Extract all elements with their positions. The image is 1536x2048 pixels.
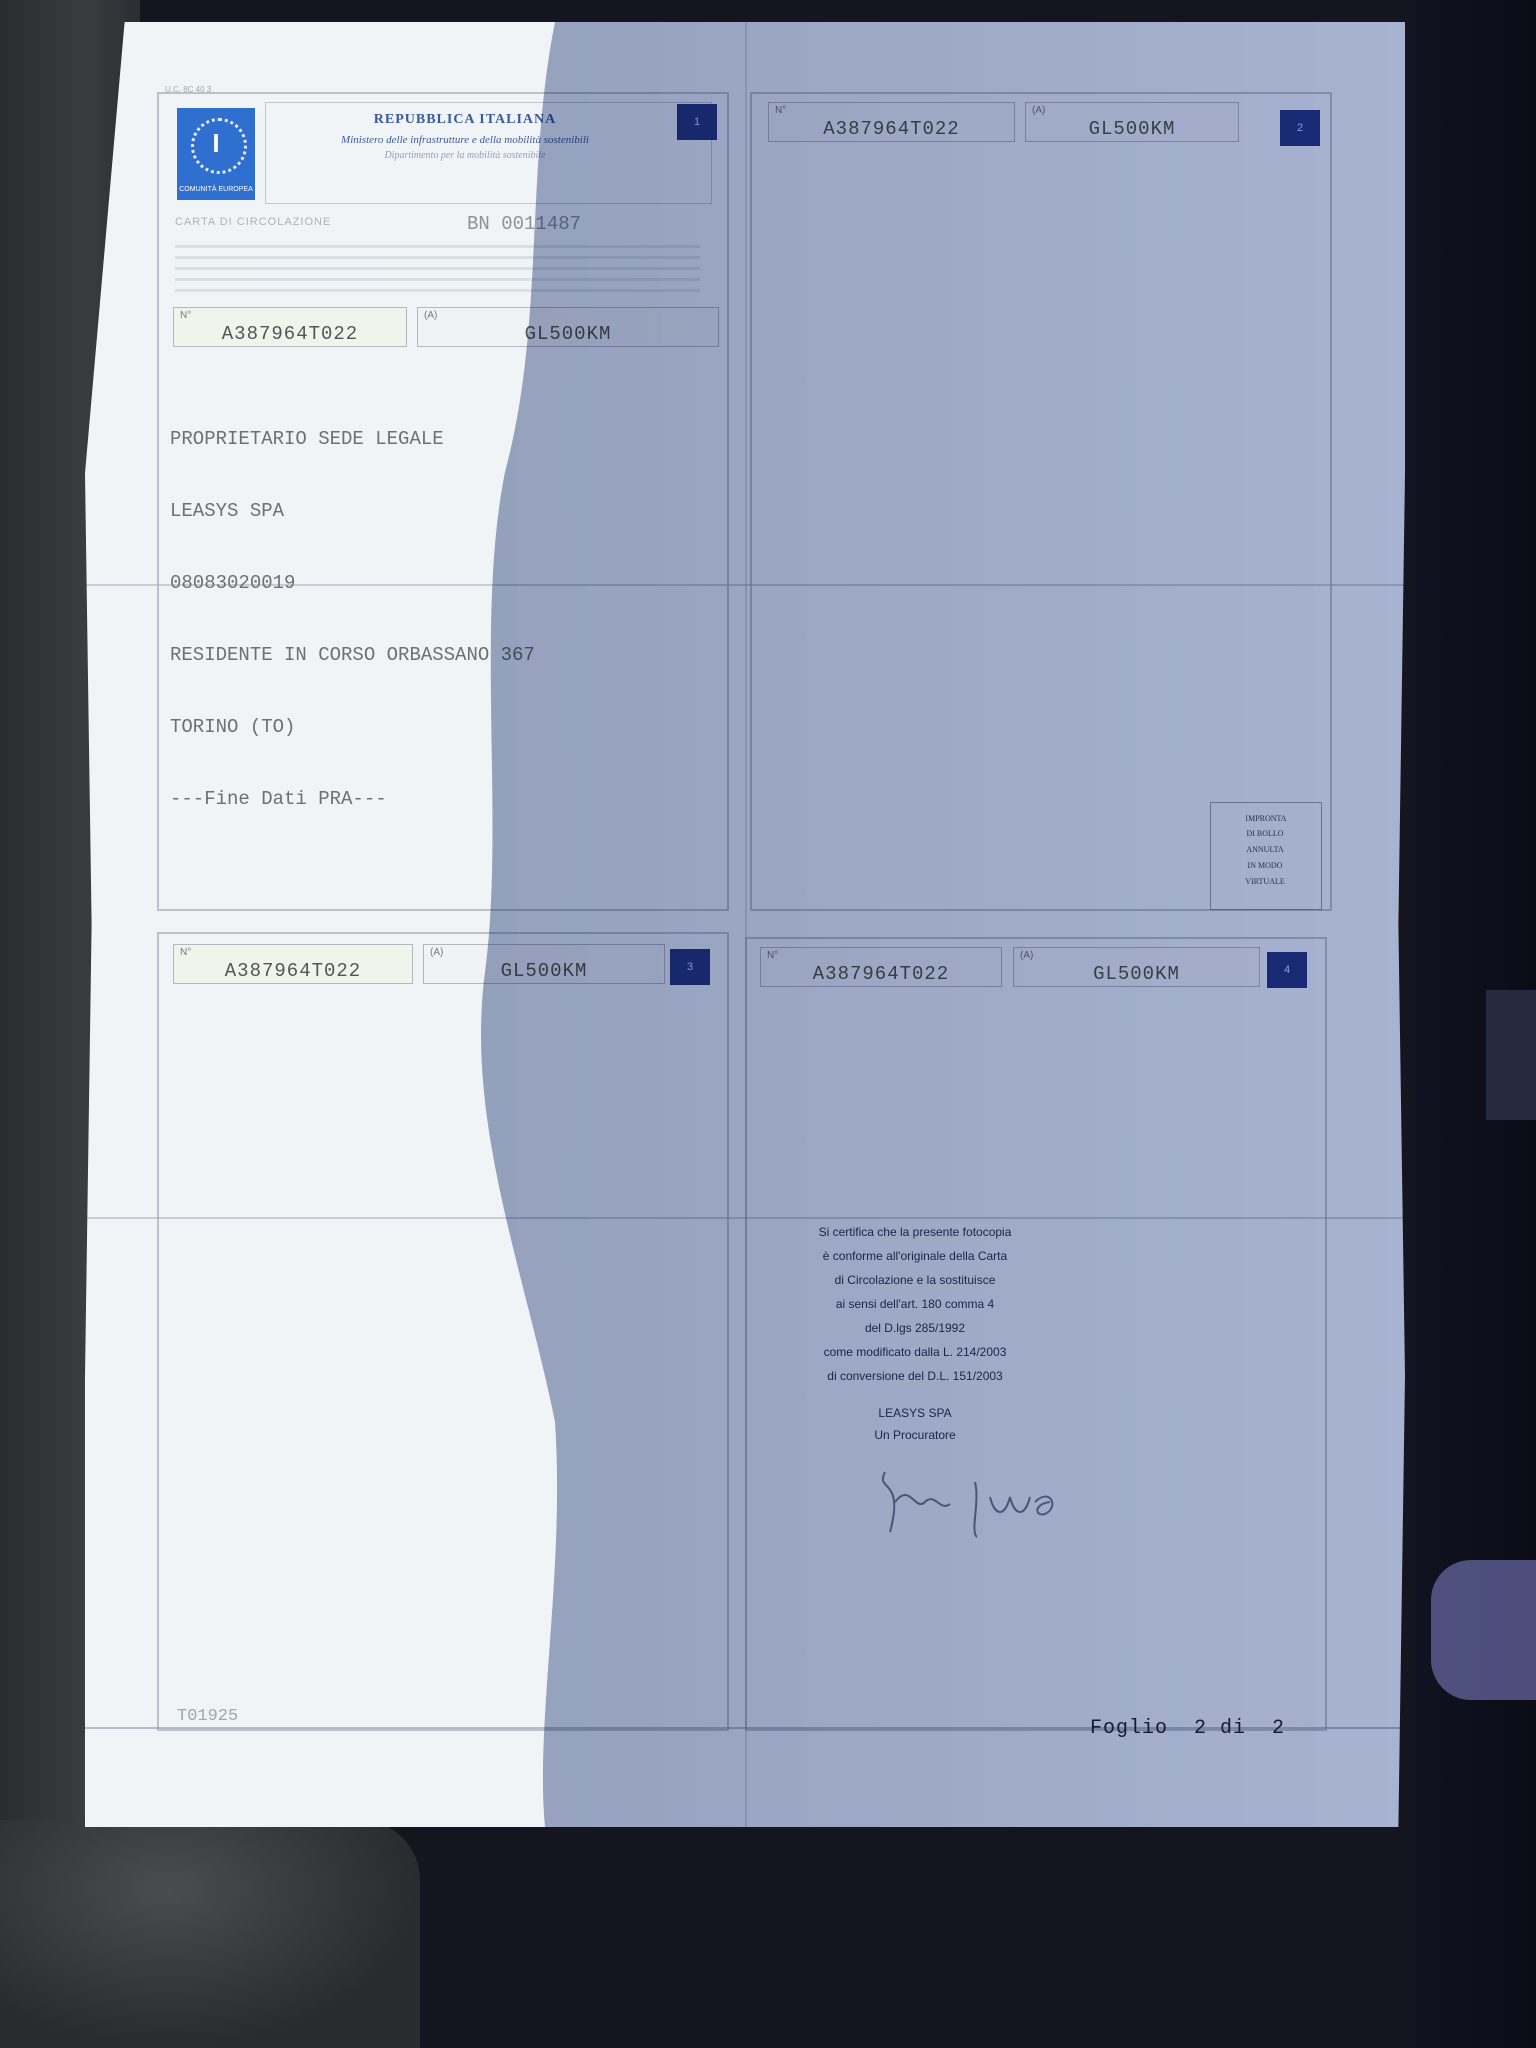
plate-field: (A) GL500KM [423, 944, 665, 984]
car-interior-detail [1486, 990, 1536, 1120]
plate-field: (A) GL500KM [1013, 947, 1260, 987]
car-interior-handle [1431, 1560, 1536, 1700]
footer-code: T01925 [177, 1707, 238, 1726]
signer-company: LEASYS SPA [825, 1402, 1005, 1424]
certification-text: Si certifica che la presente fotocopia è… [725, 1220, 1105, 1388]
department-name: Dipartimento per la mobilità sostenibile [265, 150, 665, 161]
panel-index-badge: 2 [1280, 110, 1320, 146]
owner-line: PROPRIETARIO SEDE LEGALE [170, 427, 535, 451]
vehicle-number-field: N° A387964T022 [768, 102, 1015, 142]
vehicle-number-field: N° A387964T022 [173, 307, 407, 347]
eu-flag-icon: I COMUNITÀ EUROPEA [177, 108, 255, 200]
stamp-box-text: IMPRONTA DI BOLLO ANNULTA IN MODO VIRTUA… [1210, 802, 1320, 908]
panel-index-badge: 3 [670, 949, 710, 985]
car-seat-cushion [0, 1820, 420, 2048]
serial-number: BN 0011487 [467, 212, 581, 236]
signature-icon [865, 1442, 1085, 1552]
top-small-label: U.C. 8C 40 3 [165, 84, 211, 95]
republic-title: REPUBBLICA ITALIANA [265, 112, 665, 128]
vehicle-number-field: N° A387964T022 [173, 944, 413, 984]
panel-index-badge: 4 [1267, 952, 1307, 988]
registration-document: U.C. 8C 40 3 I COMUNITÀ EUROPEA REPUBBLI… [85, 22, 1405, 1827]
plate-field: (A) GL500KM [417, 307, 719, 347]
panel-3 [157, 932, 729, 1731]
panel-index-badge: 1 [677, 104, 717, 140]
signer-block: LEASYS SPA Un Procuratore [825, 1402, 1005, 1446]
plate-field: (A) GL500KM [1025, 102, 1239, 142]
card-label: CARTA DI CIRCOLAZIONE [175, 217, 331, 228]
owner-line: TORINO (TO) [170, 715, 535, 739]
owner-line: ---Fine Dati PRA--- [170, 787, 535, 811]
owner-line: LEASYS SPA [170, 499, 535, 523]
panel-2 [750, 92, 1332, 911]
page-indicator: Foglio 2 di 2 [1090, 1717, 1285, 1740]
ministry-name: Ministero delle infrastrutture e della m… [265, 134, 665, 146]
owner-block: PROPRIETARIO SEDE LEGALE LEASYS SPA 0808… [170, 379, 535, 859]
owner-line: RESIDENTE IN CORSO ORBASSANO 367 [170, 643, 535, 667]
vehicle-number-field: N° A387964T022 [760, 947, 1002, 987]
owner-line: 08083020019 [170, 571, 535, 595]
legal-fine-print [175, 237, 700, 292]
